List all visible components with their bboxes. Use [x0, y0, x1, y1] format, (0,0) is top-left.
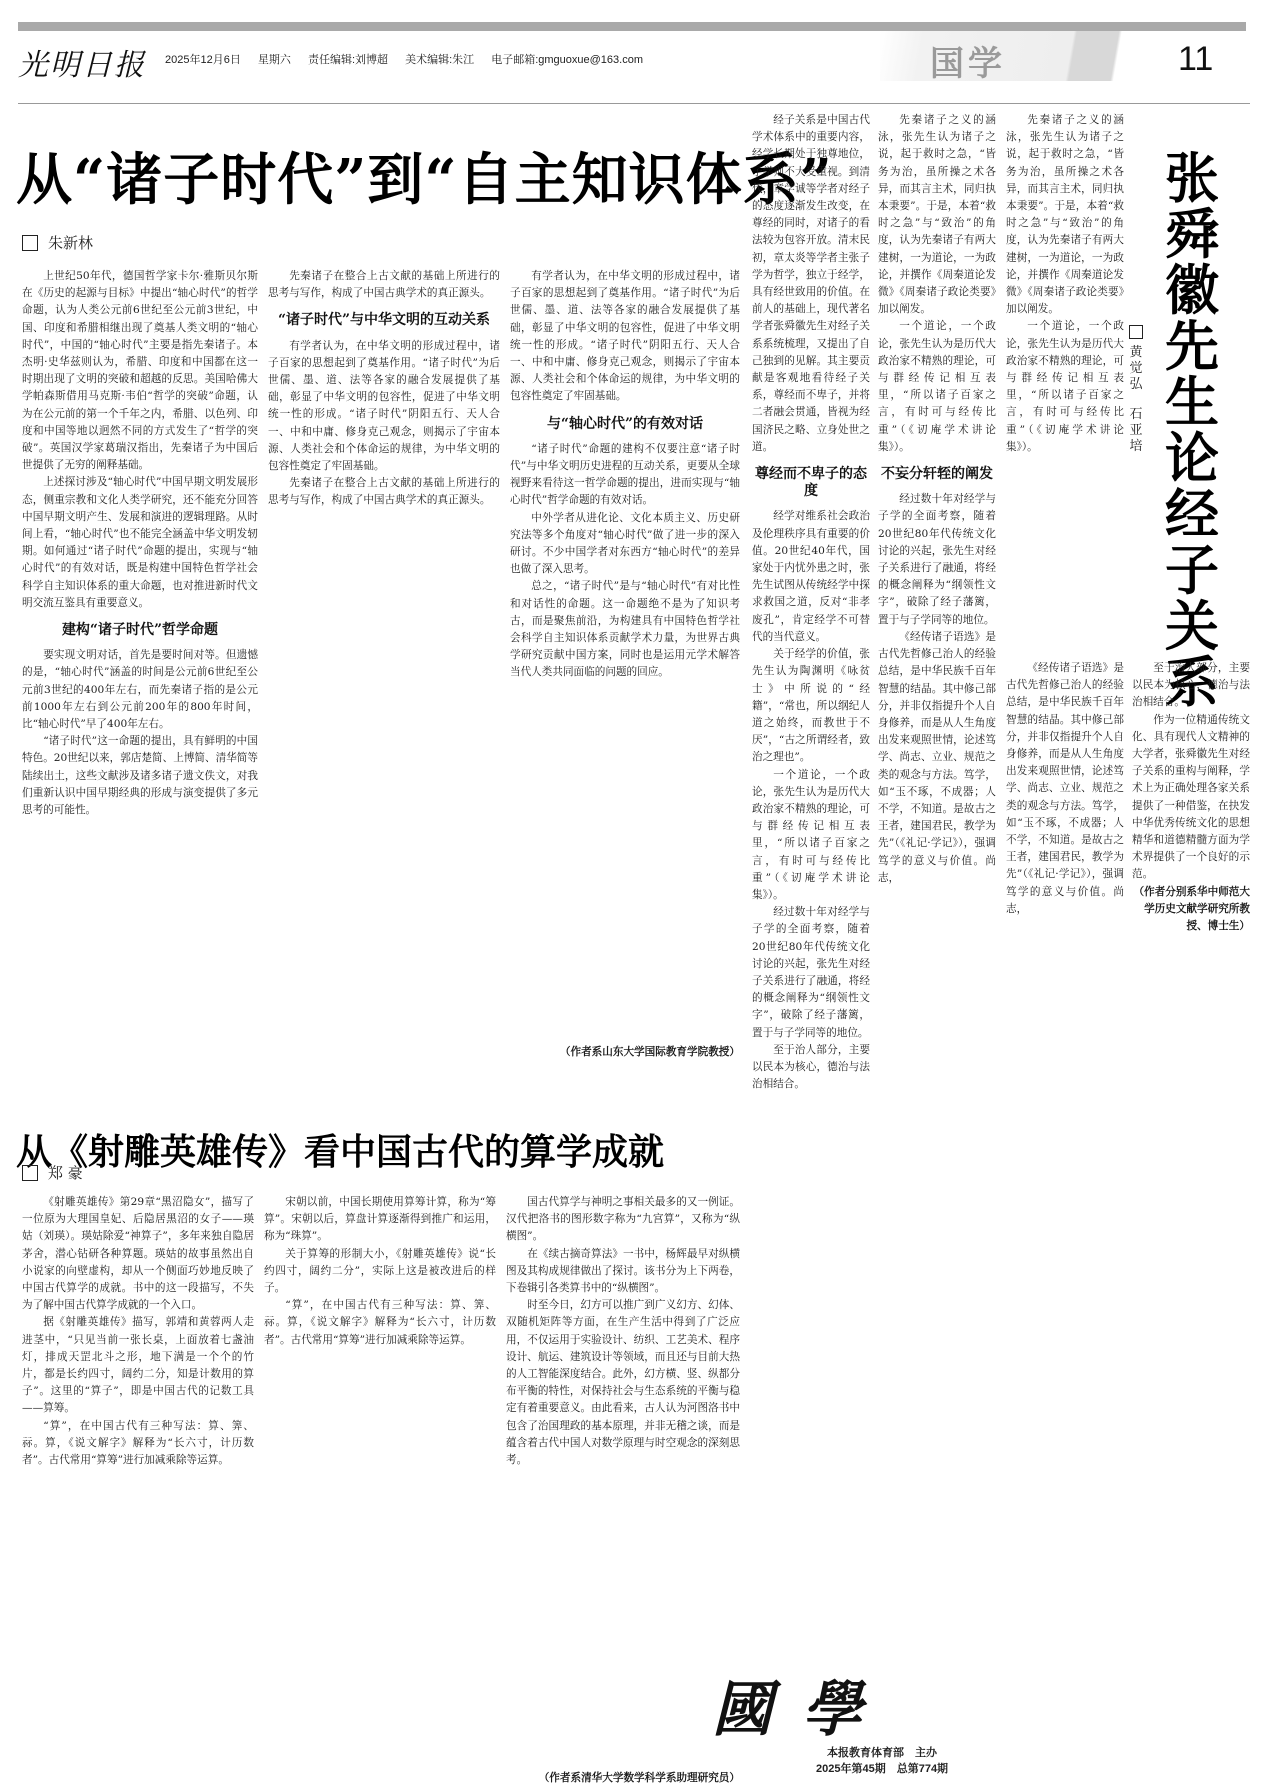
article1-column-2: 先秦诸子在整合上古文献的基础上所进行的思考与写作，构成了中国古典学术的真正源头。…: [268, 268, 500, 1006]
paragraph: 一个道论，一个政论，张先生认为是历代大政治家不精熟的理论，可与群经传记相互表里，…: [752, 767, 870, 905]
article1-column-1: 上世纪50年代，德国哲学家卡尔·雅斯贝尔斯在《历史的起源与目标》中提出“轴心时代…: [22, 268, 258, 1006]
paragraph: 在《续古摘奇算法》一书中，杨辉最早对纵横图及其构成规律做出了探讨。该书分为上下两…: [506, 1246, 740, 1298]
paragraph: 经过数十年对经学与子学的全面考察，随着20世纪80年代传统文化讨论的兴起，张先生…: [878, 491, 996, 629]
paragraph: 至于治人部分，主要以民本为核心，德治与法治相结合。: [752, 1042, 870, 1094]
article2-column-2: 宋朝以前，中国长期使用算筹计算，称为“筹算”。宋朝以后，算盘计算逐渐得到推广和运…: [264, 1194, 496, 1784]
paragraph: 一个道论，一个政论，张先生认为是历代大政治家不精熟的理论，可与群经传记相互表里，…: [878, 318, 996, 456]
paragraph: 《经传诸子语选》是古代先哲修己治人的经验总结，是中华民族千百年智慧的结晶。其中修…: [878, 629, 996, 887]
guoxue-calligraphy-logo: 國學: [712, 1662, 892, 1748]
paragraph: 《经传诸子语选》是古代先哲修己治人的经验总结，是中华民族千百年智慧的结晶。其中修…: [1006, 660, 1124, 918]
paragraph: 有学者认为，在中华文明的形成过程中，诸子百家的思想起到了奠基作用。“诸子时代”为…: [268, 338, 500, 476]
article1-subhead-3: 与“轴心时代”的有效对话: [510, 416, 740, 433]
paragraph: 先秦诸子在整合上古文献的基础上所进行的思考与写作，构成了中国古典学术的真正源头。: [268, 268, 500, 302]
paragraph: 作为一位精通传统文化、具有现代人文精神的大学者，张舜徽先生对经子关系的重构与阐释…: [1132, 712, 1250, 884]
paragraph: “算”，在中国古代有三种写法：算、筭、祘。算，《说文解字》解释为“长六寸，计历数…: [264, 1297, 496, 1349]
article3-author-2: 石亚培: [1129, 407, 1142, 454]
responsible-editor: 责任编辑:刘博超: [308, 54, 388, 66]
article3-subhead-1: 尊经而不卑子的态度: [752, 466, 870, 500]
paragraph: 至于治人部分，主要以民本为核心，德治与法治相结合。: [1132, 660, 1250, 712]
byline-box-icon: [22, 1165, 38, 1181]
paragraph: 国古代算学与神明之事相关最多的又一例证。汉代把洛书的图形数字称为“九宫算”，又称…: [506, 1194, 740, 1246]
article1-column-3: 有学者认为，在中华文明的形成过程中，诸子百家的思想起到了奠基作用。“诸子时代”为…: [510, 268, 740, 976]
section-band-decoration: [880, 31, 1170, 81]
paragraph: “诸子时代”这一命题的提出，具有鲜明的中国特色。20世纪以来，郭店楚简、上博简、…: [22, 733, 258, 819]
paragraph: 上世纪50年代，德国哲学家卡尔·雅斯贝尔斯在《历史的起源与目标》中提出“轴心时代…: [22, 268, 258, 474]
article1-subhead-1: 建构“诸子时代”哲学命题: [22, 622, 258, 639]
byline-box-icon: [1129, 325, 1143, 339]
paragraph: 时至今日，幻方可以推广到广义幻方、幻体、双随机矩阵等方面，在生产生活中得到了广泛…: [506, 1297, 740, 1469]
article3-vertical-headline: 张舜徽先生论经子关系: [1160, 150, 1224, 710]
article2-author: 郑 豪: [48, 1162, 83, 1183]
article3-column-1: 经子关系是中国古代学术体系中的重要内容，经学长期处于独尊地位，子学则不大受重视。…: [752, 112, 870, 1662]
article2-column-1: 《射雕英雄传》第29章“黑沼隐女”，描写了一位原为大理国皇妃、后隐居黑沼的女子—…: [22, 1194, 254, 1784]
article3-column-3-upper: 先秦诸子之义的涵泳，张先生认为诸子之说，起于救时之急，“皆务为治，虽所操之术各异…: [1006, 112, 1124, 652]
publisher-info: 本报教育体育部 主办 2025年第45期 总第774期: [816, 1745, 948, 1777]
paragraph: 中外学者从进化论、文化本质主义、历史研究法等多个角度对“轴心时代”做了进一步的深…: [510, 510, 740, 579]
art-editor: 美术编辑:朱江: [405, 54, 474, 66]
paragraph: 先秦诸子之义的涵泳，张先生认为诸子之说，起于救时之急，“皆务为治，虽所操之术各异…: [878, 112, 996, 318]
paragraph: “算”，在中国古代有三种写法：算、筭、祘。算，《说文解字》解释为“长六寸，计历数…: [22, 1418, 254, 1470]
paragraph: 经过数十年对经学与子学的全面考察，随着20世纪80年代传统文化讨论的兴起，张先生…: [752, 904, 870, 1042]
paragraph: 总之，“诸子时代”是与“轴心时代”有对比性和对话性的命题。这一命题绝不是为了知识…: [510, 578, 740, 681]
paragraph: 经学对维系社会政治及伦理秩序具有重要的价值。20世纪40年代，国家处于内忧外患之…: [752, 508, 870, 646]
paragraph: 据《射雕英雄传》描写，郭靖和黄蓉两人走进茎中，“只见当前一张长桌，上面放着七盏油…: [22, 1314, 254, 1417]
article2-headline: 从《射雕英雄传》看中国古代的算学成就: [16, 1124, 664, 1175]
article3-column-2: 先秦诸子之义的涵泳，张先生认为诸子之说，起于救时之急，“皆务为治，虽所操之术各异…: [878, 112, 996, 1652]
article1-author: 朱新林: [48, 232, 93, 253]
issue-number-line: 2025年第45期 总第774期: [816, 1761, 948, 1777]
article3-credit: （作者分别系华中师范大学历史文献学研究所教授、博士生）: [1132, 884, 1250, 936]
header-info-line: 2025年12月6日 星期六 责任编辑:刘博超 美术编辑:朱江 电子邮箱:gmg…: [165, 51, 657, 67]
paragraph: 关于经学的价值，张先生认为陶渊明《咏贫士》中所说的“经籍”，“常也，所以纲纪人道…: [752, 646, 870, 766]
page-number: 11: [1178, 40, 1213, 79]
paragraph: 先秦诸子在整合上古文献的基础上所进行的思考与写作，构成了中国古典学术的真正源头。: [268, 475, 500, 509]
article2-byline: 郑 豪: [22, 1162, 83, 1183]
article1-subhead-2: “诸子时代”与中华文明的互动关系: [268, 312, 500, 329]
paragraph: 一个道论，一个政论，张先生认为是历代大政治家不精熟的理论，可与群经传记相互表里，…: [1006, 318, 1124, 456]
paragraph: 经子关系是中国古代学术体系中的重要内容，经学长期处于独尊地位，子学则不大受重视。…: [752, 112, 870, 456]
contact-email[interactable]: 电子邮箱:gmguoxue@163.com: [491, 54, 643, 66]
newspaper-masthead: 光明日报: [18, 40, 146, 84]
paragraph: 先秦诸子之义的涵泳，张先生认为诸子之说，起于救时之急，“皆务为治，虽所操之术各异…: [1006, 112, 1124, 318]
article3-subhead-2: 不妄分轩轾的阐发: [878, 466, 996, 483]
paragraph: 关于算筹的形制大小，《射雕英雄传》说“长约四寸，阔约二分”，实际上这是被改进后的…: [264, 1246, 496, 1298]
paragraph: 要实现文明对话，首先是要时间对等。但遗憾的是，“轴心时代”涵盖的时间是公元前6世…: [22, 647, 258, 733]
article3-column-3: 《经传诸子语选》是古代先哲修己治人的经验总结，是中华民族千百年智慧的结晶。其中修…: [1006, 660, 1124, 1790]
article2-column-3: 国古代算学与神明之事相关最多的又一例证。汉代把洛书的图形数字称为“九宫算”，又称…: [506, 1194, 740, 1764]
paragraph: “诸子时代”命题的建构不仅要注意“诸子时代”与中华文明历史进程的互动关系，更要从…: [510, 441, 740, 510]
article2-credit: （作者系清华大学数学科学系助理研究员）: [506, 1770, 740, 1787]
article2-credit-box: （作者系清华大学数学科学系助理研究员）: [506, 1770, 740, 1790]
issue-date: 2025年12月6日: [165, 54, 241, 66]
issue-weekday: 星期六: [258, 54, 291, 66]
article1-credit-box: （作者系山东大学国际教育学院教授）: [510, 1044, 740, 1064]
article3-byline: 黄觉弘 石亚培: [1128, 325, 1144, 455]
article1-headline: 从“诸子时代”到“自主知识体系”: [16, 136, 833, 216]
article3-column-4: 至于治人部分，主要以民本为核心，德治与法治相结合。 作为一位精通传统文化、具有现…: [1132, 660, 1250, 1710]
article1-credit: （作者系山东大学国际教育学院教授）: [510, 1044, 740, 1061]
article3-author-1: 黄觉弘: [1129, 345, 1142, 392]
paragraph: 上述探讨涉及“轴心时代”中国早期文明发展形态，侧重宗教和文化人类学研究，还不能充…: [22, 474, 258, 612]
top-gray-bar: [18, 22, 1246, 31]
paragraph: 有学者认为，在中华文明的形成过程中，诸子百家的思想起到了奠基作用。“诸子时代”为…: [510, 268, 740, 406]
section-name: 国学: [930, 36, 1006, 85]
publisher-line: 本报教育体育部 主办: [816, 1745, 948, 1761]
article1-byline: 朱新林: [22, 232, 93, 253]
paragraph: 宋朝以前，中国长期使用算筹计算，称为“筹算”。宋朝以后，算盘计算逐渐得到推广和运…: [264, 1194, 496, 1246]
header-divider: [18, 103, 1250, 104]
paragraph: 《射雕英雄传》第29章“黑沼隐女”，描写了一位原为大理国皇妃、后隐居黑沼的女子—…: [22, 1194, 254, 1314]
byline-box-icon: [22, 235, 38, 251]
